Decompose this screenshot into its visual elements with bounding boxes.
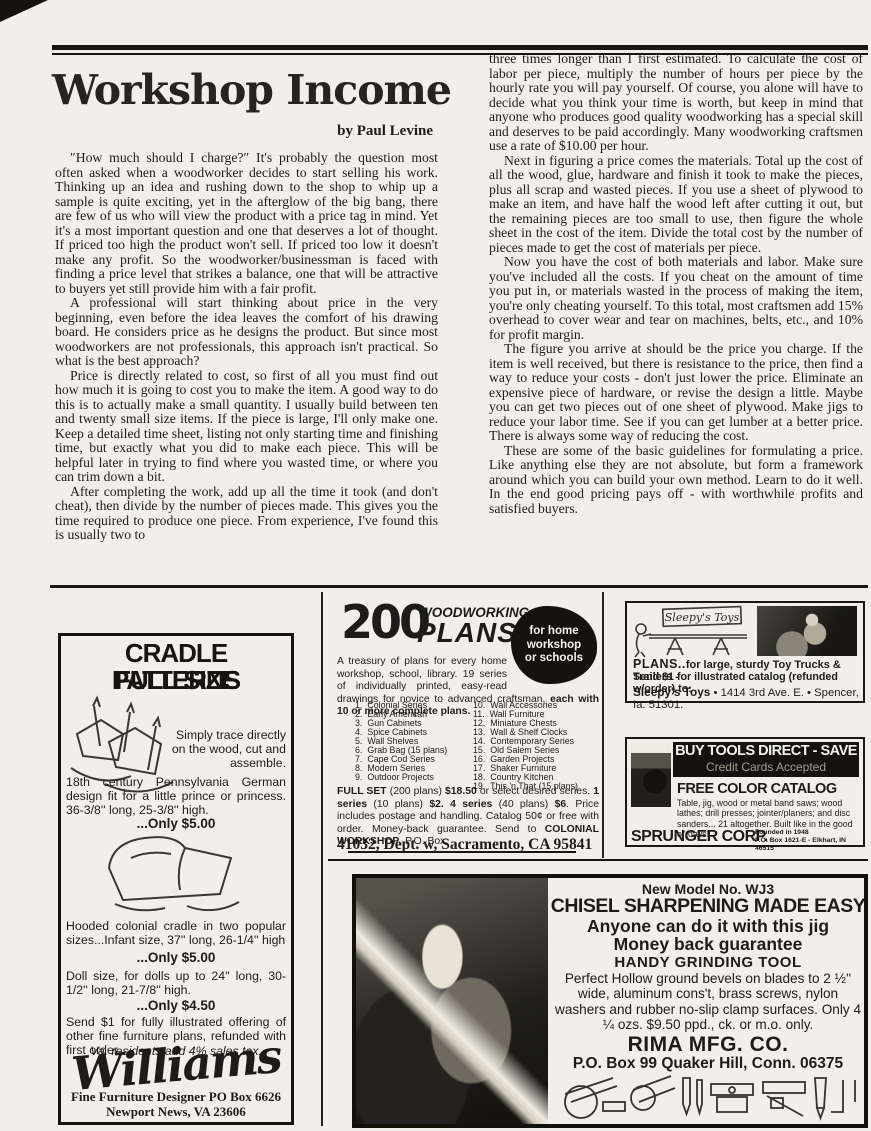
plans-series-list: 1. Colonial Series 2. Early American 3. …	[355, 701, 595, 791]
column-divider-right	[602, 592, 604, 858]
plans-ad-number: 200	[341, 598, 428, 646]
article-paragraph: Price is directly related to cost, so fi…	[55, 369, 438, 485]
cradle-ad-subheading: FULL SIZE	[61, 667, 291, 694]
chisel-ad-top-rule	[328, 859, 868, 861]
footer-segment: $18.50	[445, 786, 477, 797]
cradle-trace-note: Simply trace directly on the wood, cut a…	[168, 728, 286, 770]
footer-segment: (40 plans)	[492, 799, 554, 810]
magazine-page: Workshop Income by Paul Levine ″How much…	[0, 0, 871, 1131]
cradle-hooded-text: Hooded colonial cradle in two popular si…	[66, 920, 286, 948]
tools-line-art	[554, 1072, 870, 1122]
article-paragraph: A professional will start thinking about…	[55, 296, 438, 369]
sleepys-name: Sleepy's Toys	[633, 685, 710, 699]
cradle-price-3: ...Only $4.50	[61, 998, 291, 1013]
sprunger-address: P.O. Box 1621-E - Elkhart, IN 46515	[755, 837, 861, 853]
cradle-patterns-ad: CRADLE PATTERNS FULL SIZE Simply trace d…	[58, 633, 294, 1125]
footer-segment: $6	[555, 799, 567, 810]
sharpening-jig-photo	[356, 878, 548, 1124]
article-paragraph: These are some of the basic guidelines f…	[489, 444, 863, 517]
column-divider-left	[321, 592, 323, 1126]
plans-series-col2: 10. Wall Accessories 11. Wall Furniture …	[473, 701, 595, 791]
sleepys-plans-word: PLANS..	[633, 657, 686, 671]
list-item: 9. Outdoor Projects	[355, 773, 473, 782]
cradle-footer-line2: Newport News, VA 23606	[61, 1105, 291, 1120]
article-paragraph: three times longer than I first estimate…	[489, 52, 863, 154]
article-column-right: three times longer than I first estimate…	[489, 52, 863, 516]
buy-tools-headline: BUY TOOLS DIRECT - SAVE	[673, 742, 859, 760]
woodworking-plans-ad: 200 WOODWORKING PLANS for home workshop …	[335, 598, 599, 854]
elf-carpenter-cartoon: Sleepy's Toys	[629, 605, 755, 659]
cradle-doll-text: Doll size, for dolls up to 24'' long, 30…	[66, 970, 286, 998]
plans-series-col1: 1. Colonial Series 2. Early American 3. …	[355, 701, 473, 791]
sprunger-founded: Founded in 1948	[755, 829, 861, 837]
hooded-cradle-illustration	[79, 832, 269, 918]
top-rule-thick	[52, 45, 868, 50]
footer-segment: or select desired series.	[477, 786, 593, 797]
cradle-german-text: 18th century Pennsylvania German design …	[66, 776, 286, 817]
badge-spacer	[507, 656, 599, 684]
article-paragraph: Now you have the cost of both materials …	[489, 255, 863, 342]
footer-segment: FULL SET	[337, 786, 387, 797]
cradle-price-1: ...Only $5.00	[61, 816, 291, 831]
chisel-sharpening-ad: New Model No. WJ3 CHISEL SHARPENING MADE…	[352, 874, 868, 1128]
article-paragraph: After completing the work, add up all th…	[55, 485, 438, 543]
rima-address: P.O. Box 99 Quaker Hill, Conn. 06375	[550, 1055, 866, 1073]
sleepys-toys-ad: Sleepy's Toys PLANS..for large, sturdy T…	[625, 601, 865, 703]
sprunger-company-name: SPRUNGER CORP.	[631, 828, 768, 846]
torn-corner-artifact	[0, 0, 48, 22]
catalog-thumbnail	[631, 743, 671, 807]
rima-company-name: RIMA MFG. CO.	[550, 1033, 866, 1057]
sleepys-sign-text: Sleepy's Toys	[665, 611, 740, 624]
cradle-ad-footer: Fine Furniture Designer PO Box 6626 Newp…	[61, 1090, 291, 1119]
plans-ad-plans-word: PLANS	[417, 617, 517, 649]
footer-segment: (10 plans)	[367, 799, 429, 810]
footer-segment: (200 plans)	[387, 786, 445, 797]
chisel-body-text: Perfect Hollow ground bevels on blades t…	[550, 971, 866, 1033]
article-paragraph: The figure you arrive at should be the p…	[489, 342, 863, 444]
buy-tools-header-bar: BUY TOOLS DIRECT - SAVE Credit Cards Acc…	[673, 742, 859, 777]
chisel-subline-2: Money back guarantee	[550, 934, 866, 955]
toy-truck-photo	[757, 606, 857, 656]
sprunger-details: Founded in 1948 P.O. Box 1621-E - Elkhar…	[755, 829, 861, 853]
section-divider-rule	[50, 585, 868, 588]
footer-segment: $2. 4 series	[429, 799, 492, 810]
article-paragraph: ″How much should I charge?″ It's probabl…	[55, 151, 438, 296]
page-title: Workshop Income	[52, 66, 451, 114]
chisel-subline-3: HANDY GRINDING TOOL	[550, 954, 866, 971]
badge-line: for home	[511, 625, 597, 639]
byline: by Paul Levine	[53, 123, 433, 140]
credit-cards-note: Credit Cards Accepted	[673, 760, 859, 774]
buy-tools-ad: BUY TOOLS DIRECT - SAVE Credit Cards Acc…	[625, 737, 865, 847]
cradle-footer-line1: Fine Furniture Designer PO Box 6626	[61, 1090, 291, 1105]
cradle-price-2: ...Only $5.00	[61, 950, 291, 965]
badge-line: workshop	[511, 639, 597, 653]
chisel-headline: CHISEL SHARPENING MADE EASY	[550, 895, 866, 918]
article-column-left: ″How much should I charge?″ It's probabl…	[55, 151, 438, 543]
sleepys-ad-line3: Sleepy's Toys • 1414 3rd Ave. E. • Spenc…	[633, 685, 863, 711]
plans-ad-address: 41032, Dept. w, Sacramento, CA 95841	[337, 836, 599, 854]
free-catalog-headline: FREE COLOR CATALOG	[677, 781, 859, 797]
article-paragraph: Next in figuring a price comes the mater…	[489, 154, 863, 256]
